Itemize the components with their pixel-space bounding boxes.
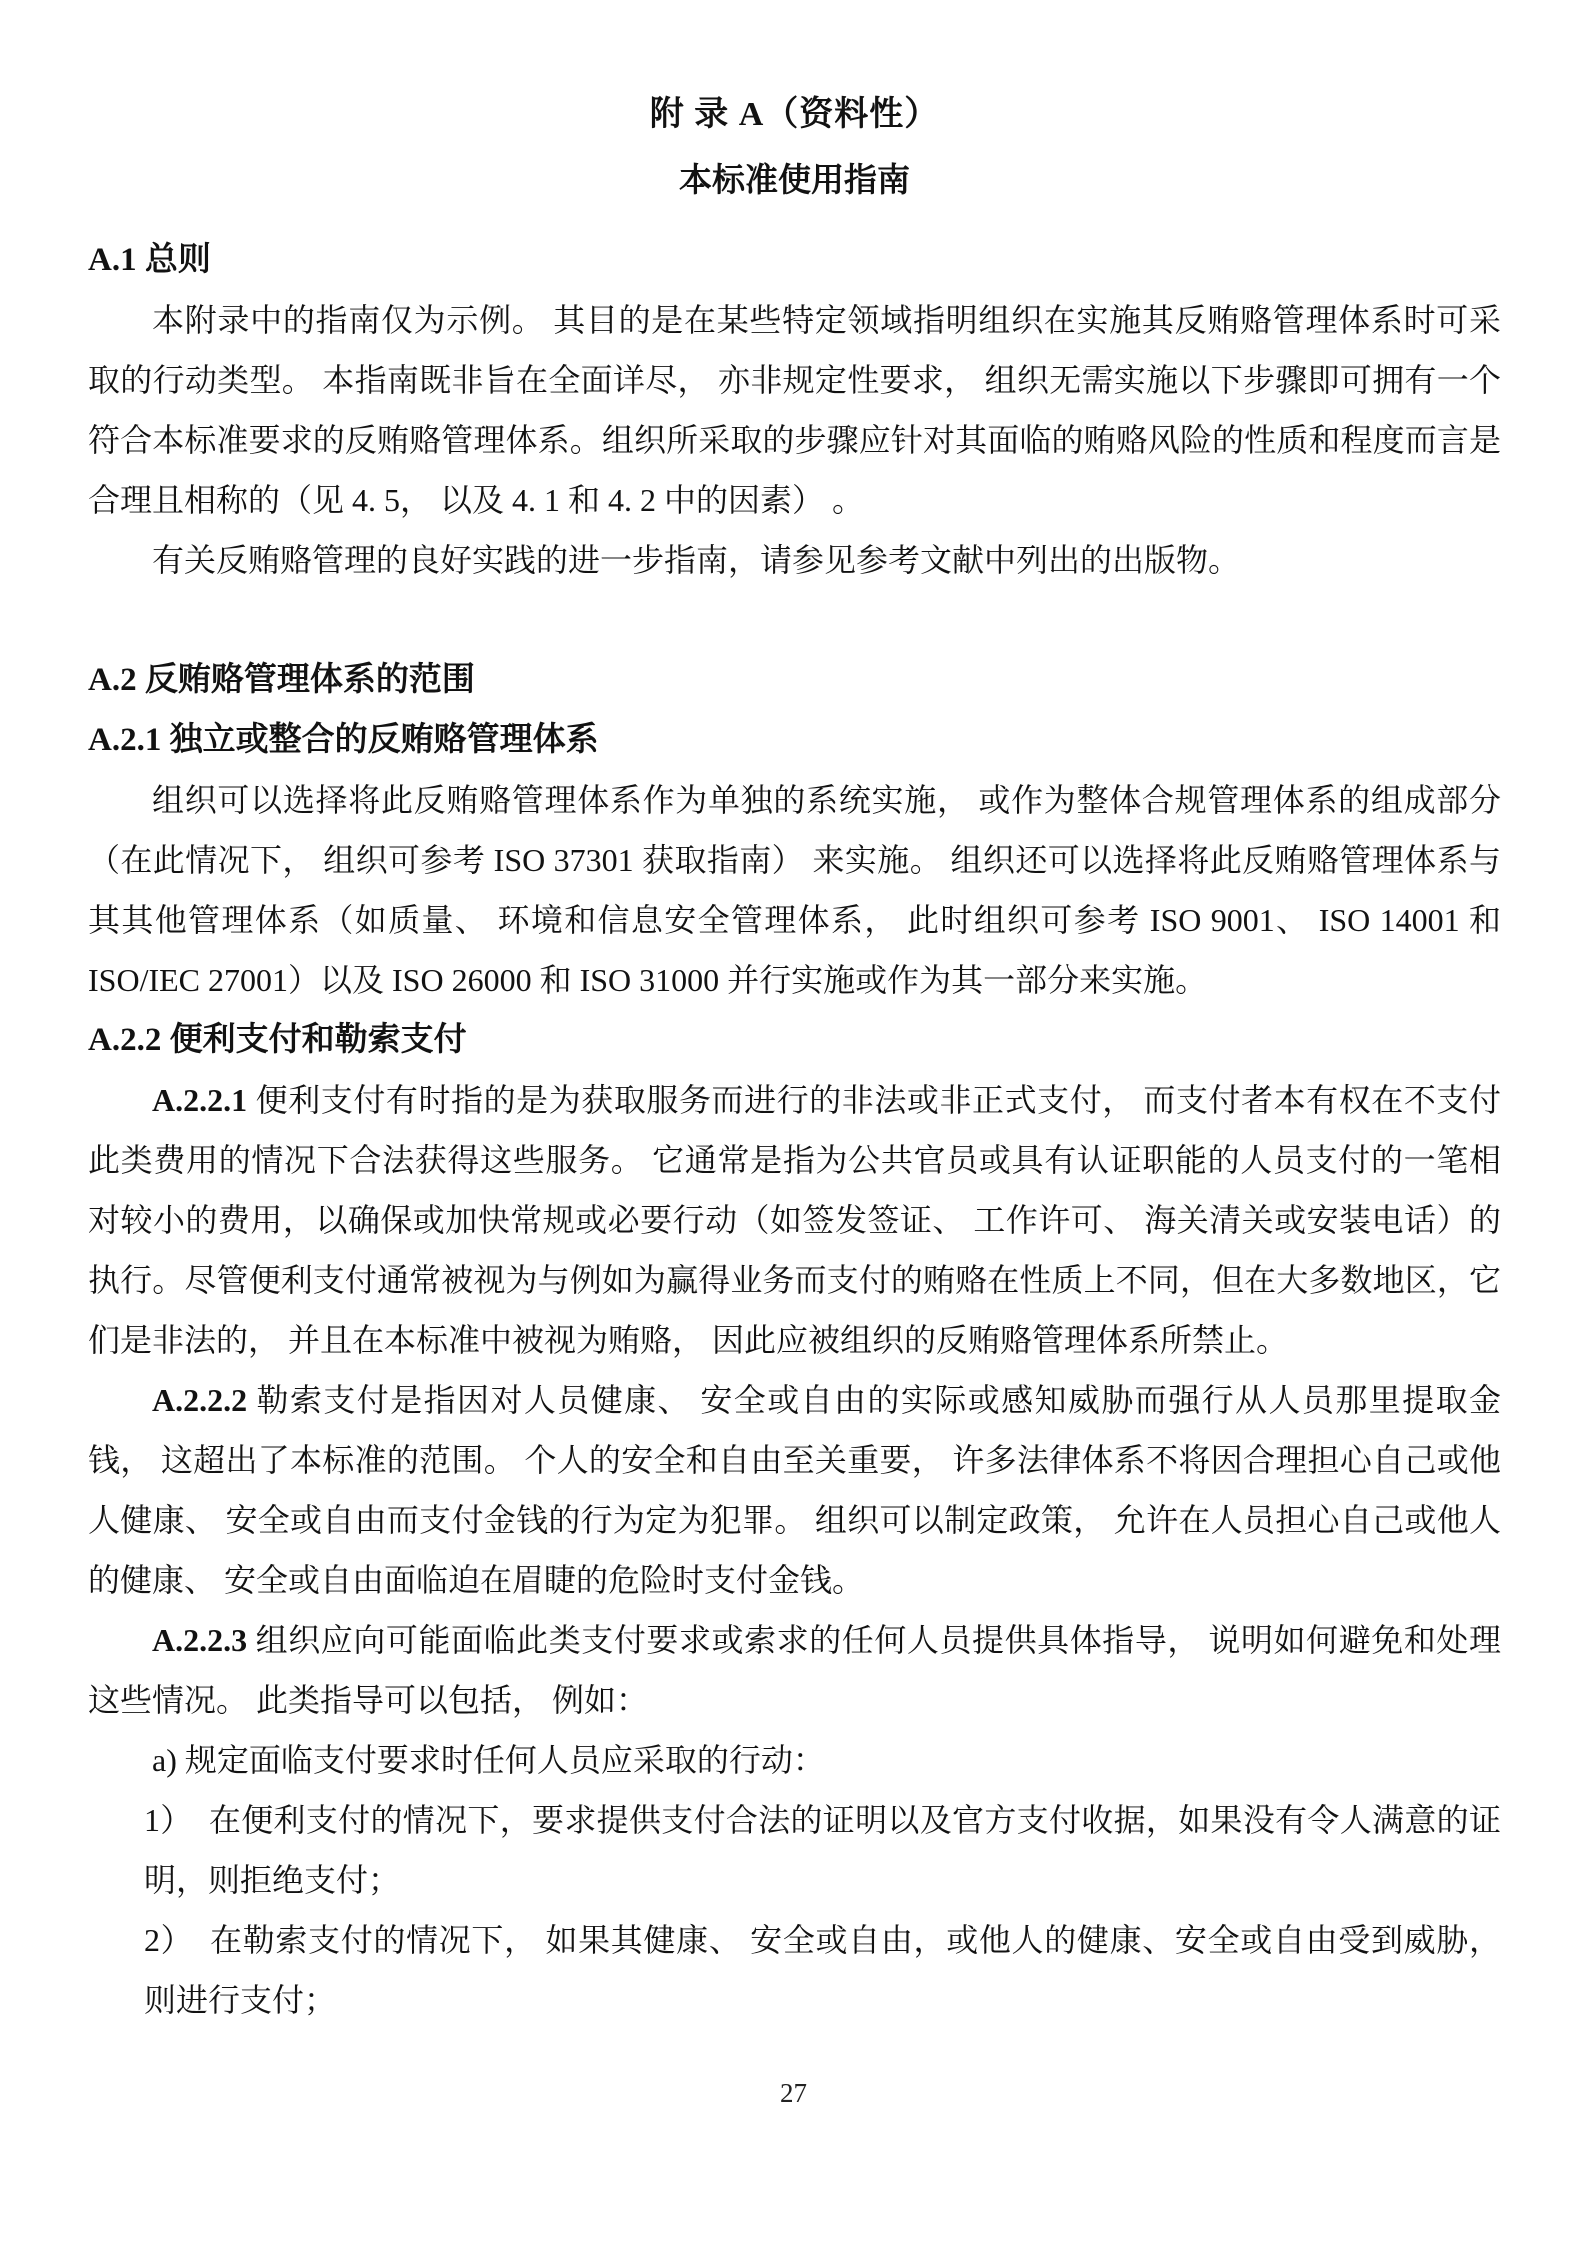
paragraph-a222-label: A.2.2.2 — [152, 1382, 247, 1418]
paragraph-a221-label: A.2.2.1 — [152, 1082, 247, 1118]
paragraph-a222: A.2.2.2 勒索支付是指因对人员健康、 安全或自由的实际或感知威胁而强行从人… — [88, 1370, 1501, 1610]
list-item-1-label: 1） — [144, 1802, 177, 1838]
paragraph-a1-1: 本附录中的指南仅为示例。 其目的是在某些特定领域指明组织在实施其反贿赂管理体系时… — [88, 290, 1501, 530]
paragraph-a21-1: 组织可以选择将此反贿赂管理体系作为单独的系统实施， 或作为整体合规管理体系的组成… — [88, 770, 1501, 1010]
paragraph-a221-text: 便利支付有时指的是为获取服务而进行的非法或非正式支付， 而支付者本有权在不支付此… — [88, 1082, 1501, 1358]
list-item-a: a) 规定面临支付要求时任何人员应采取的行动： — [88, 1730, 1501, 1790]
paragraph-a223: A.2.2.3 组织应向可能面临此类支付要求或索求的任何人员提供具体指导， 说明… — [88, 1610, 1501, 1730]
list-item-a-text: 规定面临支付要求时任何人员应采取的行动： — [177, 1742, 825, 1778]
list-item-2: 2） 在勒索支付的情况下， 如果其健康、 安全或自由，或他人的健康、安全或自由受… — [88, 1910, 1501, 2030]
heading-a2-2: A.2.2 便利支付和勒索支付 — [88, 1010, 1501, 1070]
paragraph-a222-text: 勒索支付是指因对人员健康、 安全或自由的实际或感知威胁而强行从人员那里提取金钱，… — [88, 1382, 1501, 1598]
annex-title: 附 录 A（资料性） — [88, 82, 1501, 148]
heading-a2: A.2 反贿赂管理体系的范围 — [88, 650, 1501, 710]
paragraph-a1-2: 有关反贿赂管理的良好实践的进一步指南，请参见参考文献中列出的出版物。 — [88, 530, 1501, 590]
paragraph-a221: A.2.2.1 便利支付有时指的是为获取服务而进行的非法或非正式支付， 而支付者… — [88, 1070, 1501, 1370]
paragraph-a223-text: 组织应向可能面临此类支付要求或索求的任何人员提供具体指导， 说明如何避免和处理这… — [88, 1622, 1501, 1718]
document-page: 附 录 A（资料性） 本标准使用指南 A.1 总则 本附录中的指南仅为示例。 其… — [0, 0, 1587, 2245]
page-number: 27 — [0, 2078, 1587, 2109]
list-item-2-label: 2） — [144, 1922, 177, 1958]
list-item-2-text: 在勒索支付的情况下， 如果其健康、 安全或自由，或他人的健康、安全或自由受到威胁… — [144, 1922, 1501, 2018]
list-item-a-label: a) — [152, 1742, 177, 1778]
heading-a2-1: A.2.1 独立或整合的反贿赂管理体系 — [88, 710, 1501, 770]
list-item-1: 1） 在便利支付的情况下，要求提供支付合法的证明以及官方支付收据，如果没有令人满… — [88, 1790, 1501, 1910]
paragraph-a223-label: A.2.2.3 — [152, 1622, 247, 1658]
heading-a1: A.1 总则 — [88, 230, 1501, 290]
annex-subtitle: 本标准使用指南 — [88, 148, 1501, 214]
list-item-1-text: 在便利支付的情况下，要求提供支付合法的证明以及官方支付收据，如果没有令人满意的证… — [144, 1802, 1501, 1898]
